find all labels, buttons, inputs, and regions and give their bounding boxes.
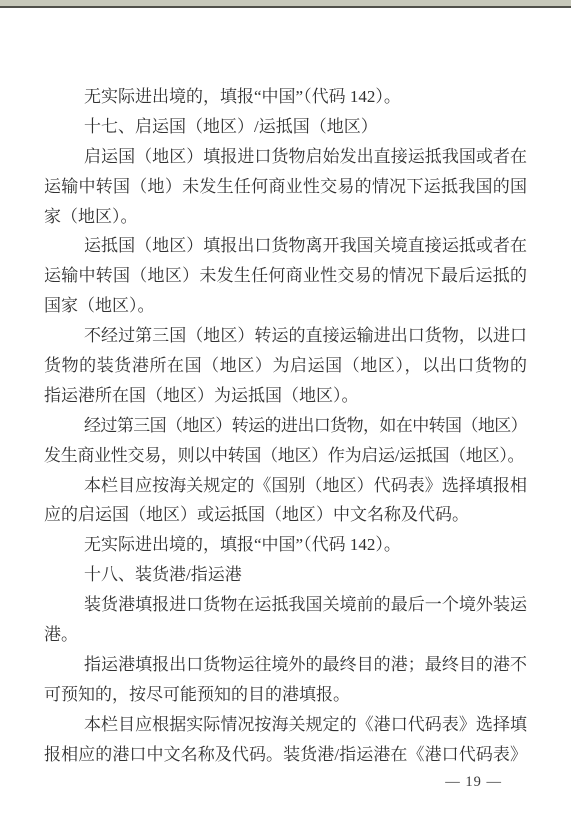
text-line: 指运港所在国（地区）为运抵国（地区）。 <box>44 381 527 411</box>
text-line: 港。 <box>44 620 527 650</box>
text-line: 报相应的港口中文名称及代码。装货港/指运港在《港口代码表》 <box>44 740 527 770</box>
text-line: 指运港填报出口货物运往境外的最终目的港；最终目的港不 <box>44 650 527 680</box>
text-line: 无实际进出境的，填报“中国”（代码 142）。 <box>44 530 527 560</box>
text-line: 本栏目应按海关规定的《国别（地区）代码表》选择填报相 <box>44 471 527 501</box>
text-line: 货物的装货港所在国（地区）为启运国（地区），以出口货物的 <box>44 351 527 381</box>
document-body: 无实际进出境的，填报“中国”（代码 142）。十七、启运国（地区）/运抵国（地区… <box>44 8 527 769</box>
text-line: 运输中转国（地区）未发生任何商业性交易的情况下最后运抵的 <box>44 261 527 291</box>
text-line: 启运国（地区）填报进口货物启始发出直接运抵我国或者在 <box>44 142 527 172</box>
text-line: 应的启运国（地区）或运抵国（地区）中文名称及代码。 <box>44 500 527 530</box>
section-heading: 十七、启运国（地区）/运抵国（地区） <box>44 112 527 142</box>
text-line: 装货港填报进口货物在运抵我国关境前的最后一个境外装运 <box>44 590 527 620</box>
text-line: 无实际进出境的，填报“中国”（代码 142）。 <box>44 82 527 112</box>
text-line: 家（地区）。 <box>44 202 527 232</box>
page-number: — 19 — <box>445 774 502 791</box>
text-line: 运输中转国（地）未发生任何商业性交易的情况下运抵我国的国 <box>44 172 527 202</box>
text-line: 经过第三国（地区）转运的进出口货物，如在中转国（地区） <box>44 411 527 441</box>
text-line: 不经过第三国（地区）转运的直接运输进出口货物，以进口 <box>44 321 527 351</box>
text-line: 运抵国（地区）填报出口货物离开我国关境直接运抵或者在 <box>44 231 527 261</box>
text-line: 发生商业性交易，则以中转国（地区）作为启运/运抵国（地区）。 <box>44 441 527 471</box>
section-heading: 十八、装货港/指运港 <box>44 560 527 590</box>
text-line: 国家（地区）。 <box>44 291 527 321</box>
text-line: 本栏目应根据实际情况按海关规定的《港口代码表》选择填 <box>44 710 527 740</box>
text-line: 可预知的，按尽可能预知的目的港填报。 <box>44 680 527 710</box>
